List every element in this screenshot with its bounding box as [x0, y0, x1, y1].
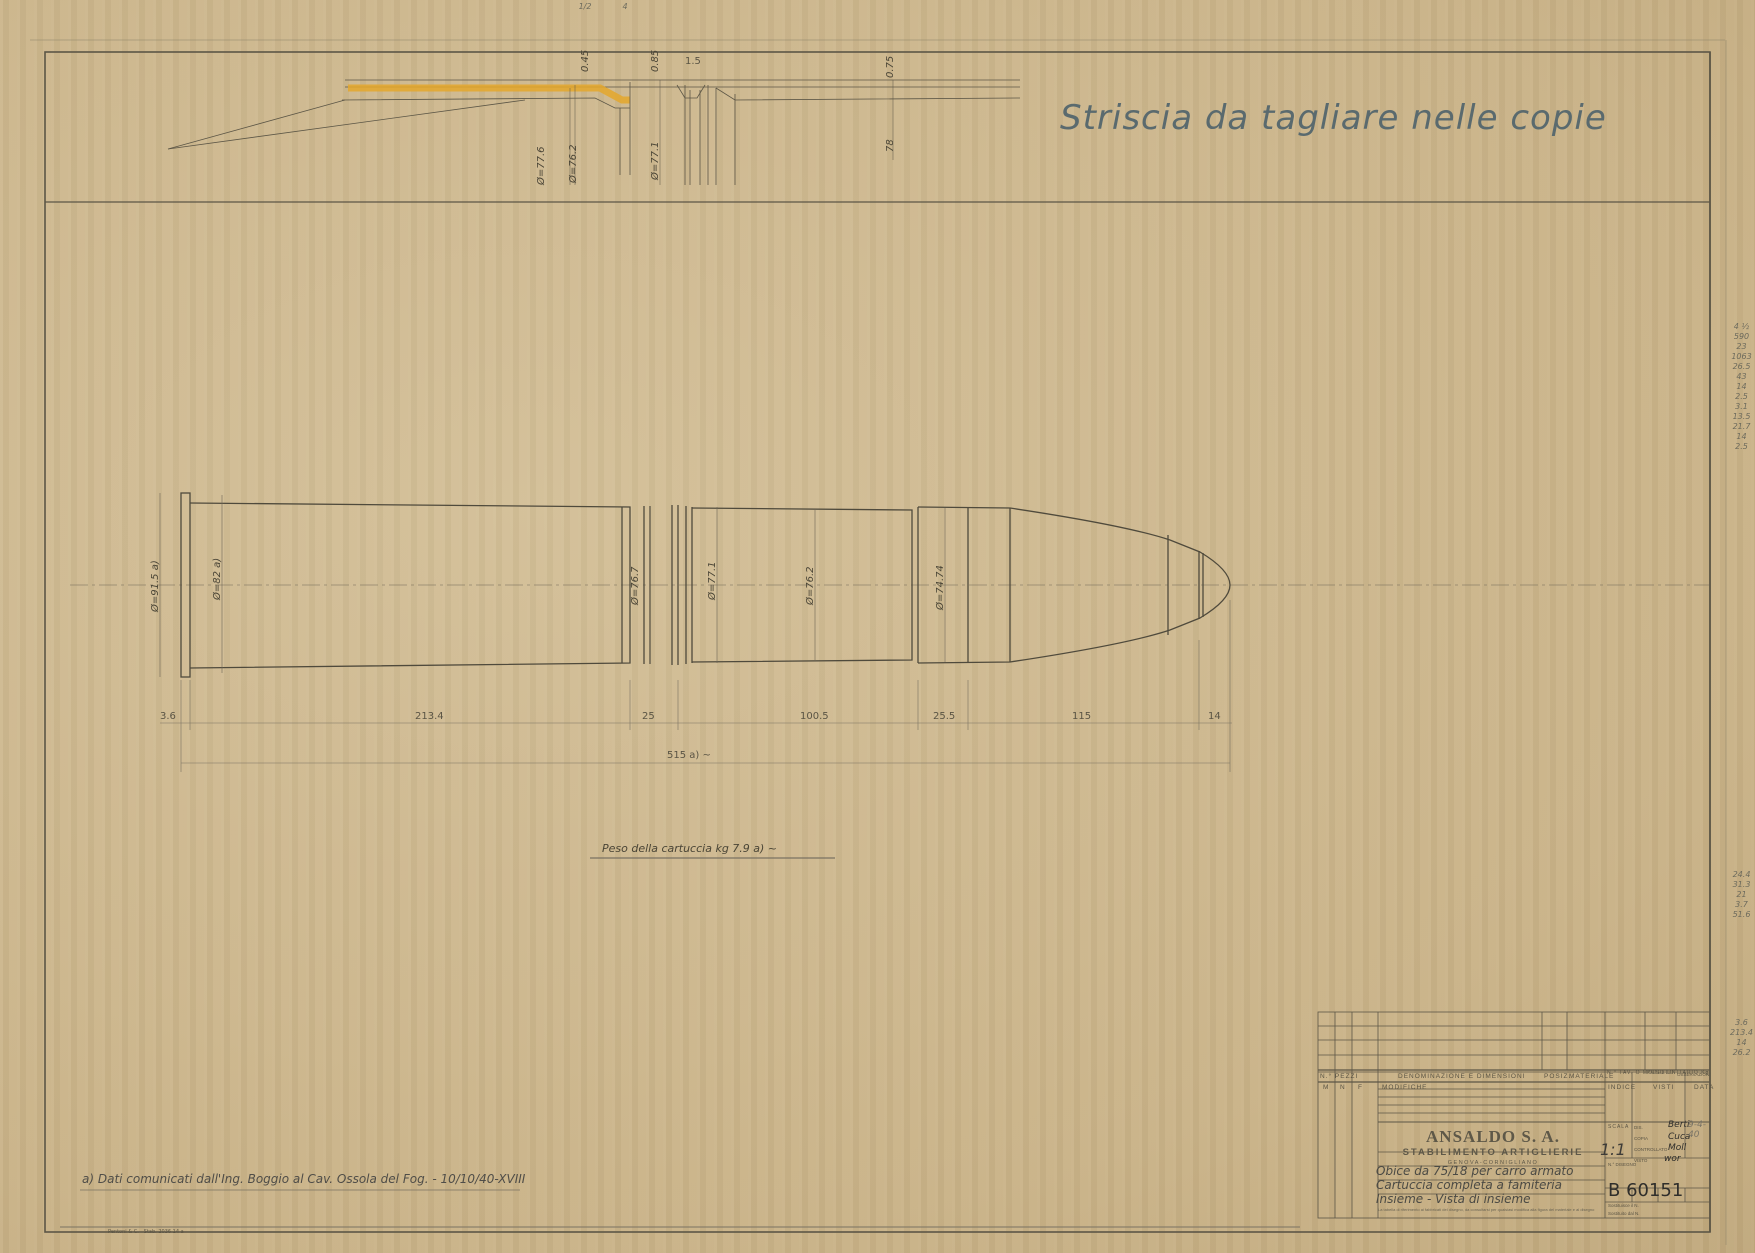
scale-label: SCALA: [1608, 1124, 1629, 1130]
margin-note-top-2: 4: [615, 2, 635, 12]
signature-seen: wor: [1664, 1154, 1681, 1164]
rev-n: N: [1340, 1084, 1346, 1091]
length-band: 25: [642, 711, 655, 722]
margin-note-top: 1/2: [575, 2, 595, 12]
drawing-number: B 60151: [1608, 1180, 1683, 1201]
detail-dim-4: 78: [885, 139, 896, 152]
company-name: ANSALDO S. A.: [1378, 1127, 1608, 1147]
rev-index: INDICE: [1608, 1084, 1636, 1091]
rev-date: DATA: [1694, 1084, 1714, 1091]
detail-dim-8: 0.75: [885, 56, 896, 78]
drawing-number-label: N.° DISEGNO: [1608, 1162, 1636, 1167]
sign-label-copy: COPIA: [1634, 1136, 1648, 1141]
description-line-2: Cartuccia completa a famiteria: [1376, 1178, 1562, 1192]
detail-dim-6: 0.85: [650, 50, 661, 72]
margin-note-right-top: 4 ½59023106326.543142.53.113.521.7142.5: [1728, 322, 1755, 452]
plant-name: STABILIMENTO ARTIGLIERIE: [1378, 1147, 1608, 1158]
header-position: POSIZ.: [1544, 1073, 1571, 1080]
diameter-band2: Ø=77.1: [707, 561, 718, 600]
detail-dim-1: Ø=77.6: [536, 146, 547, 185]
scale-value: 1:1: [1600, 1140, 1626, 1159]
length-dimension-lines: [60, 600, 1300, 1227]
header-pieces: N.° PEZZI: [1320, 1073, 1358, 1080]
header-notes: OSSERVAZIONI: [1677, 1072, 1710, 1077]
description-line-3: Insieme - Vista di insieme: [1376, 1192, 1531, 1206]
detail-dim-2: Ø=76.2: [568, 144, 579, 183]
sign-label-checked: CONTROLLATO: [1634, 1147, 1667, 1152]
length-rim: 3.6: [160, 711, 176, 722]
replaced-by-label: Sostituito dal N.: [1608, 1211, 1640, 1216]
length-nose: 14: [1208, 711, 1221, 722]
diameter-band1: Ø=76.7: [630, 566, 641, 605]
length-case: 213.4: [415, 711, 444, 722]
fine-print: La tabella di riferimento ai fabbricati …: [1378, 1208, 1608, 1212]
footnote: a) Dati comunicati dall'Ing. Boggio al C…: [82, 1172, 525, 1186]
groove-detail: [168, 80, 1020, 185]
sign-label-drawn: DIS.: [1634, 1125, 1643, 1130]
overall-length: 515 a) ~: [667, 750, 711, 761]
header-note: Striscia da tagliare nelle copie: [1060, 98, 1607, 138]
diameter-rim: Ø=91.5 a): [150, 560, 161, 612]
detail-dim-5: 0.45: [580, 50, 591, 72]
title-block: N.° PEZZI DENOMINAZIONE E DIMENSIONI POS…: [1318, 1012, 1710, 1218]
drawing-date: 9-4-40: [1688, 1120, 1710, 1140]
length-rear-ogive: 25.5: [933, 711, 955, 722]
diameter-band3: Ø=74.74: [935, 565, 946, 610]
detail-dim-7: 1.5: [685, 56, 701, 67]
length-ogive: 115: [1072, 711, 1091, 722]
length-body: 100.5: [800, 711, 829, 722]
header-denomination: DENOMINAZIONE E DIMENSIONI: [1398, 1073, 1525, 1080]
detail-dim-3: Ø=77.1: [650, 141, 661, 180]
replaces-label: Sostituisce il N.: [1608, 1203, 1639, 1208]
diameter-case: Ø=82 a): [212, 558, 223, 600]
diameter-body: Ø=76.2: [805, 566, 816, 605]
rev-changes: MODIFICHE: [1382, 1084, 1427, 1091]
rev-m: M: [1323, 1084, 1329, 1091]
printer-mark: Pentoni & C. - Stab. 2036 14 a: [108, 1229, 184, 1235]
weight-note: Peso della cartuccia kg 7.9 a) ~: [602, 842, 777, 855]
rev-visas: VISTI: [1653, 1084, 1674, 1091]
signature-drawn: Berti: [1668, 1120, 1689, 1130]
description-line-1: Obice da 75/18 per carro armato: [1376, 1164, 1573, 1178]
margin-note-right-bottom: 3.6213.41426.2: [1728, 1018, 1755, 1058]
margin-note-right-mid: 24.431.3213.751.6: [1728, 870, 1755, 920]
rev-f: F: [1358, 1084, 1363, 1091]
signature-checked: Moll: [1668, 1143, 1686, 1153]
